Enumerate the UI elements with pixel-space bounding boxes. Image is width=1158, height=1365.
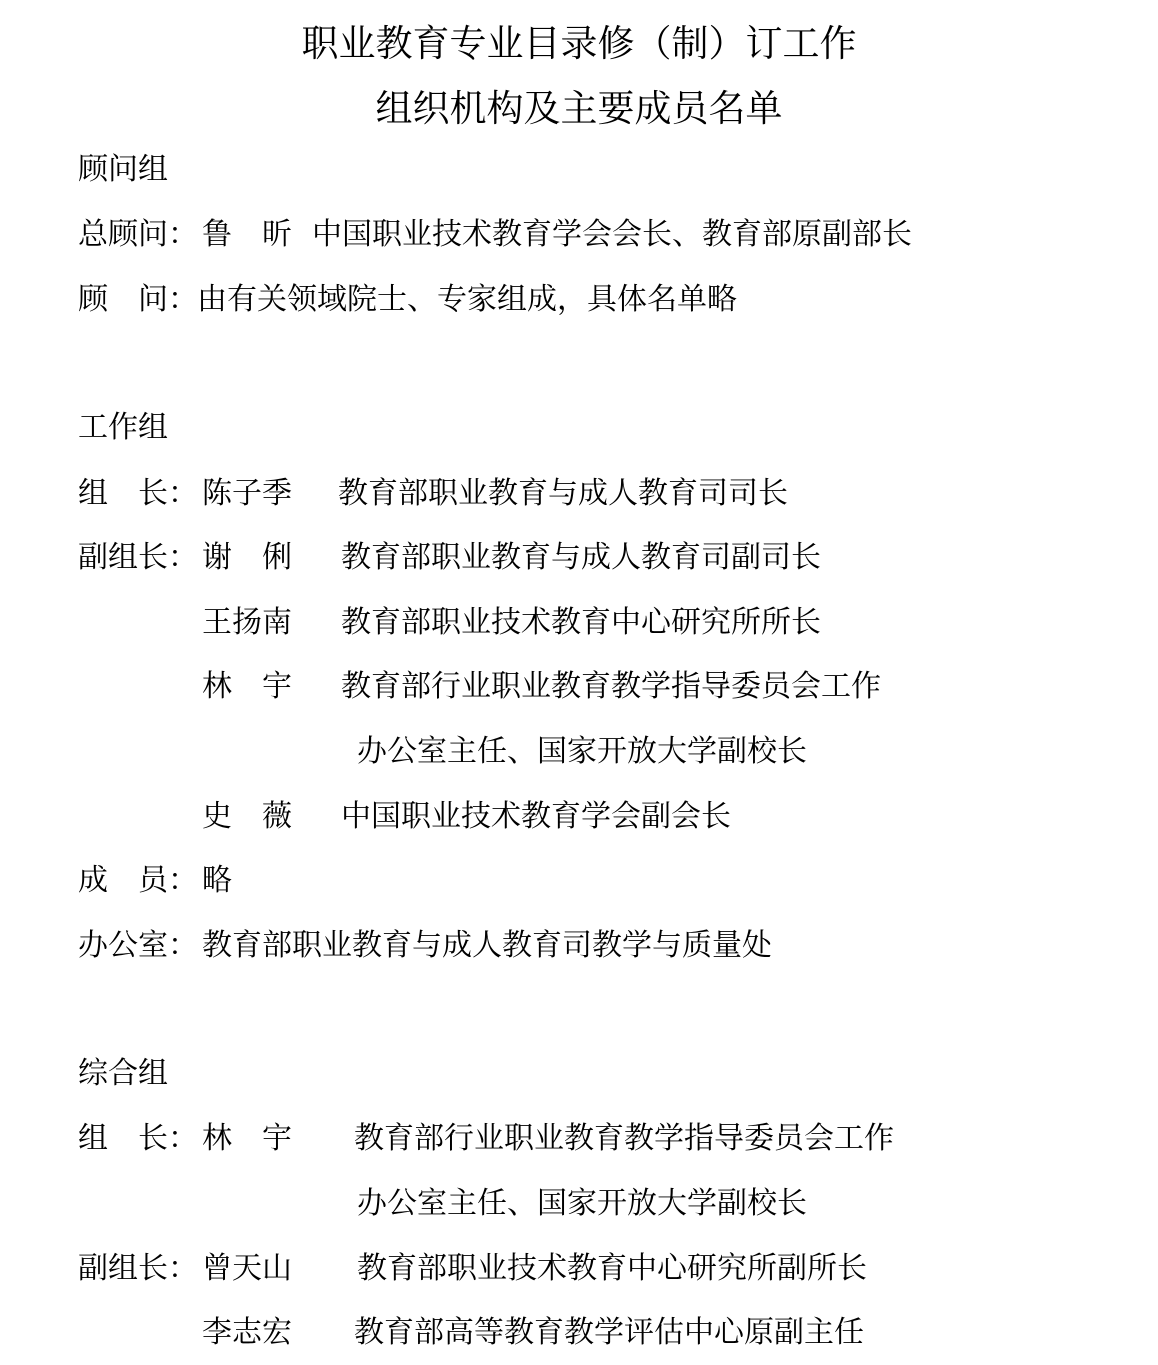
member-description: 教育部行业职业教育教学指导委员会工作 <box>341 669 881 705</box>
section-heading-working: 工作组 <box>78 410 168 446</box>
section-heading-advisory: 顾问组 <box>78 152 168 188</box>
member-name: 李志宏 <box>202 1315 292 1351</box>
member-description: 教育部职业技术教育中心研究所所长 <box>341 605 821 641</box>
member-name: 王扬南 <box>202 605 292 641</box>
role-label: 副组长： <box>78 1251 198 1287</box>
member-description: 教育部职业教育与成人教育司教学与质量处 <box>202 928 772 964</box>
member-name: 史 薇 <box>202 799 292 835</box>
member-description-continued: 办公室主任、国家开放大学副校长 <box>357 734 807 770</box>
document-title-line2: 组织机构及主要成员名单 <box>0 87 1158 131</box>
member-name: 谢 俐 <box>202 540 292 576</box>
member-name: 略 <box>202 863 232 899</box>
member-description: 教育部行业职业教育教学指导委员会工作 <box>354 1121 894 1157</box>
member-name: 林 宇 <box>202 669 292 705</box>
member-description: 中国职业技术教育学会副会长 <box>341 799 731 835</box>
member-description: 教育部职业技术教育中心研究所副所长 <box>357 1251 867 1287</box>
document-title-line1: 职业教育专业目录修（制）订工作 <box>0 22 1158 66</box>
member-description: 中国职业技术教育学会会长、教育部原副部长 <box>312 217 912 253</box>
member-description: 教育部高等教育教学评估中心原副主任 <box>354 1315 864 1351</box>
member-description: 教育部职业教育与成人教育司副司长 <box>341 540 821 576</box>
role-label: 副组长： <box>78 540 198 576</box>
role-label: 组 长： <box>78 476 198 512</box>
member-description-continued: 办公室主任、国家开放大学副校长 <box>357 1186 807 1222</box>
role-label: 办公室： <box>78 928 198 964</box>
member-name: 曾天山 <box>202 1251 292 1287</box>
role-label: 成 员： <box>78 863 198 899</box>
member-name: 鲁 昕 <box>202 217 292 253</box>
section-heading-comprehensive: 综合组 <box>78 1056 168 1092</box>
role-label: 总顾问： <box>78 217 198 253</box>
member-description: 教育部职业教育与成人教育司司长 <box>338 476 788 512</box>
role-label: 顾 问： <box>78 282 198 318</box>
role-label: 组 长： <box>78 1121 198 1157</box>
member-name: 林 宇 <box>202 1121 292 1157</box>
member-name: 陈子季 <box>202 476 292 512</box>
member-description: 由有关领域院士、专家组成，具体名单略 <box>197 282 737 318</box>
